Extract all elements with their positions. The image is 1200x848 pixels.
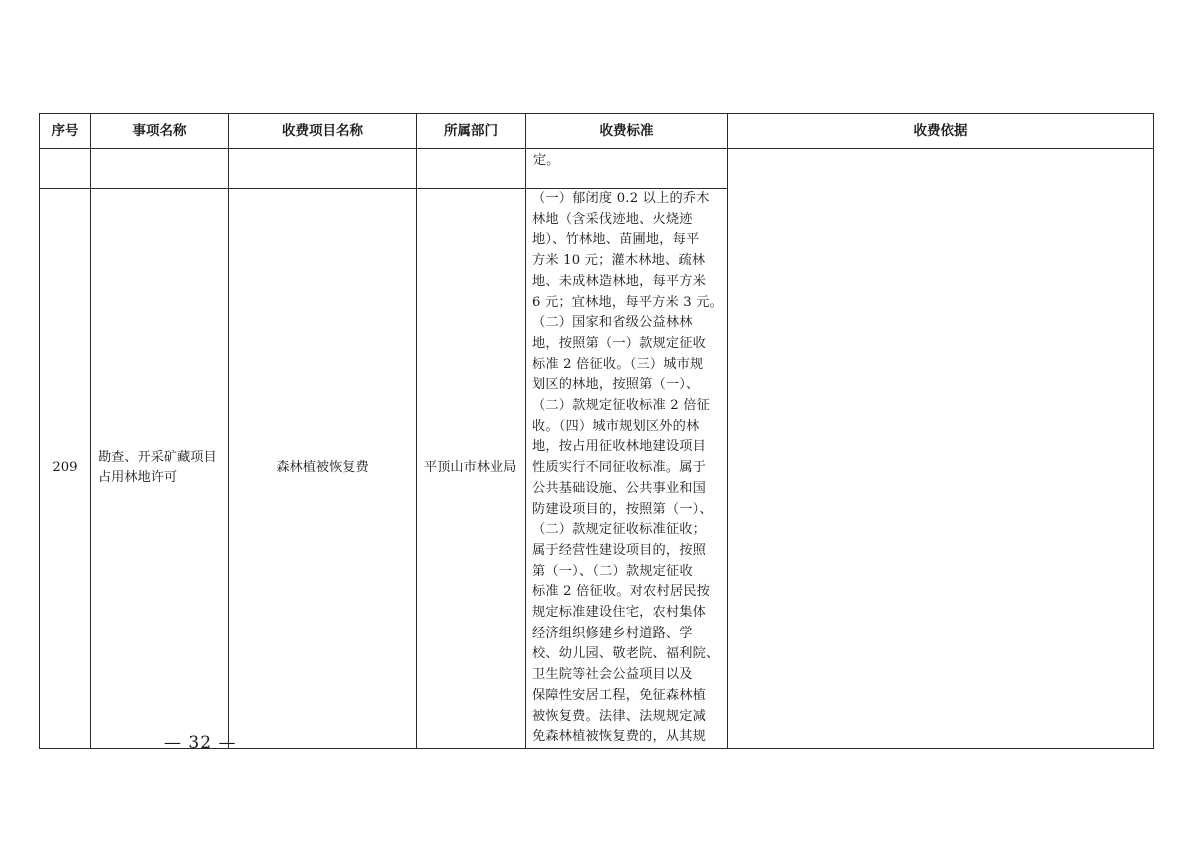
cell-fee-basis: [728, 149, 1154, 749]
cell-seq: 209: [40, 189, 91, 749]
cell-fee-standard: （一）郁闭度 0.2 以上的乔木林地（含采伐迹地、火烧迹地）、竹林地、苗圃地，每…: [526, 189, 728, 749]
cell-department: [417, 149, 526, 189]
header-fee-standard: 收费标准: [526, 114, 728, 149]
fee-standard-line: 规定标准建设住宅，农村集体: [532, 603, 724, 624]
cell-fee-standard: 定。: [526, 149, 728, 189]
fee-standard-line: 划区的林地，按照第（一）、: [532, 375, 724, 396]
fee-standard-line: 标准 2 倍征收。（三）城市规: [532, 355, 724, 376]
fee-standard-line: 经济组织修建乡村道路、学: [532, 624, 724, 645]
fee-standard-line: 地、未成林造林地，每平方米: [532, 272, 724, 293]
fee-standard-line: 地，按占用征收林地建设项目: [532, 437, 724, 458]
fee-standard-line: （一）郁闭度 0.2 以上的乔木: [532, 189, 724, 210]
fee-standard-line: 被恢复费。法律、法规规定减: [532, 707, 724, 728]
cell-item-name: [91, 149, 229, 189]
header-seq: 序号: [40, 114, 91, 149]
fee-standard-line: 防建设项目的，按照第（一）、: [532, 500, 724, 521]
fee-standard-line: 地）、竹林地、苗圃地，每平: [532, 230, 724, 251]
header-fee-basis: 收费依据: [728, 114, 1154, 149]
fee-standard-line: 属于经营性建设项目的，按照: [532, 541, 724, 562]
fee-standard-line: 标准 2 倍征收。对农村居民按: [532, 582, 724, 603]
fee-standard-text: （一）郁闭度 0.2 以上的乔木林地（含采伐迹地、火烧迹地）、竹林地、苗圃地，每…: [532, 189, 724, 748]
fee-standard-line: 免森林植被恢复费的，从其规: [532, 727, 724, 748]
cell-department: 平顶山市林业局: [417, 189, 526, 749]
fee-standard-line: 性质实行不同征收标准。属于: [532, 458, 724, 479]
table-header-row: 序号 事项名称 收费项目名称 所属部门 收费标准 收费依据: [40, 114, 1154, 149]
fee-standard-line: 地，按照第（一）款规定征收: [532, 334, 724, 355]
table-row-continuation: 定。: [40, 149, 1154, 189]
fee-standard-line: 6 元；宜林地，每平方米 3 元。: [532, 293, 724, 314]
fee-standard-line: （二）款规定征收标准征收；: [532, 520, 724, 541]
fee-standard-line: 林地（含采伐迹地、火烧迹: [532, 210, 724, 231]
cell-fee-item-name: [229, 149, 417, 189]
cell-item-name: 勘查、开采矿藏项目占用林地许可: [91, 189, 229, 749]
fee-standard-line: 收。（四）城市规划区外的林: [532, 417, 724, 438]
fee-table: 序号 事项名称 收费项目名称 所属部门 收费标准 收费依据 定。 209 勘查、…: [39, 113, 1154, 749]
fee-standard-line: 方米 10 元；灌木林地、疏林: [532, 251, 724, 272]
cell-fee-item-name: 森林植被恢复费: [229, 189, 417, 749]
fee-standard-line: 卫生院等社会公益项目以及: [532, 665, 724, 686]
header-item-name: 事项名称: [91, 114, 229, 149]
header-fee-item-name: 收费项目名称: [229, 114, 417, 149]
fee-standard-line: 保障性安居工程，免征森林植: [532, 686, 724, 707]
fee-standard-line: （二）款规定征收标准 2 倍征: [532, 396, 724, 417]
fee-standard-line: 第（一）、（二）款规定征收: [532, 562, 724, 583]
cell-seq: [40, 149, 91, 189]
fee-standard-line: （二）国家和省级公益林林: [532, 313, 724, 334]
header-department: 所属部门: [417, 114, 526, 149]
fee-standard-line: 公共基础设施、公共事业和国: [532, 479, 724, 500]
page-number: — 32 —: [164, 733, 236, 753]
fee-standard-line: 校、幼儿园、敬老院、福利院、: [532, 644, 724, 665]
